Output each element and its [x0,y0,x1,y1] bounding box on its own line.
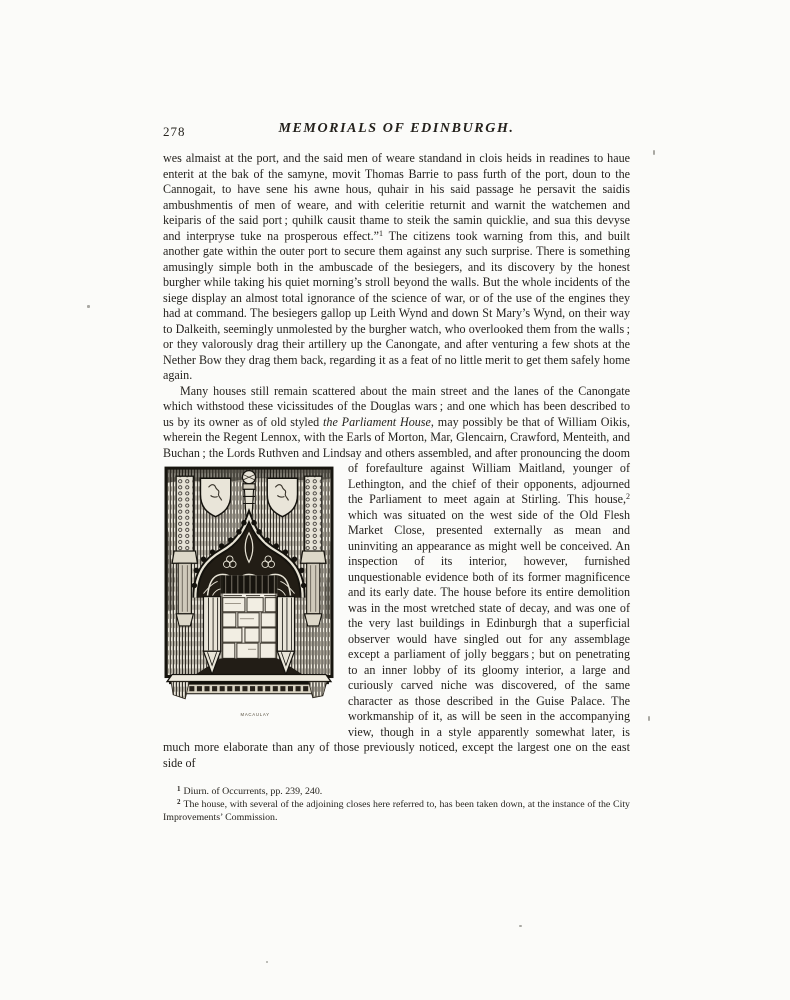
page-header: 278 MEMORIALS OF EDINBURGH. [163,121,630,143]
scan-speck [653,150,655,155]
scan-speck [266,961,268,963]
parliament-house-italic: the Parliament House [323,415,431,429]
scan-speck [519,925,522,927]
footnote-2-marker: 2 [177,798,181,806]
page-title: MEMORIALS OF EDINBURGH. [163,121,630,137]
footnotes: 1Diurn. of Occurrents, pp. 239, 240. 2Th… [163,785,630,824]
paragraph-1-continued: The citizens took warning from this, and… [163,229,630,383]
footnote-ref-2: 2 [626,492,630,501]
scan-speck [87,305,90,308]
body-text: wes almaist at the port, and the said me… [163,151,630,771]
paragraph-1: wes almaist at the port, and the said me… [163,151,630,384]
footnote-1-text: Diurn. of Occurrents, pp. 239, 240. [184,786,323,797]
footnote-1-marker: 1 [177,785,181,793]
engraving-illustration [163,466,335,709]
gothic-niche-engraving: MACAULAY [163,466,335,726]
scan-speck [648,716,650,721]
paragraph-2: Many houses still remain scattered about… [163,384,630,772]
footnote-1: 1Diurn. of Occurrents, pp. 239, 240. [163,785,630,798]
page-number: 278 [163,124,186,140]
book-page: 278 MEMORIALS OF EDINBURGH. wes almaist … [163,121,630,824]
engraver-signature: MACAULAY [187,710,311,721]
footnote-2-text: The house, with several of the adjoining… [163,799,630,823]
footnote-2: 2The house, with several of the adjoinin… [163,798,630,824]
